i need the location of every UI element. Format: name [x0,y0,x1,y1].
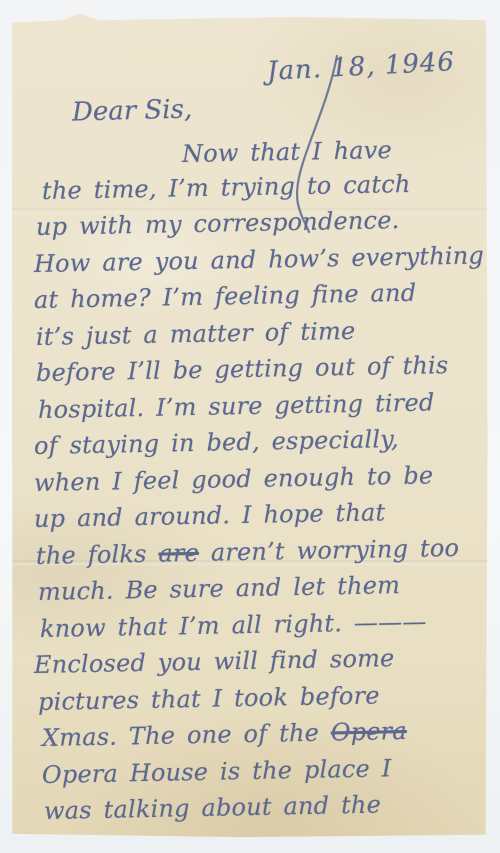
letter-body: Now that I have the time, I’m trying to … [34,136,478,830]
letter-photo: Jan. 18, 1946 Dear Sis, Now that I have … [0,0,500,853]
handwritten-line: was talking about and the [44,785,479,830]
line-segment: Xmas. The one of the [42,718,331,752]
struck-out-word: Opera [331,717,408,746]
line-segment: aren’t worrying too [199,533,460,566]
letter-salutation: Dear Sis, [72,94,193,127]
letter-date: Jan. 18, 1946 [266,47,455,87]
line-segment: the folks [36,539,159,569]
struck-out-word: are [158,538,199,567]
letter-paper: Jan. 18, 1946 Dear Sis, Now that I have … [10,12,488,838]
